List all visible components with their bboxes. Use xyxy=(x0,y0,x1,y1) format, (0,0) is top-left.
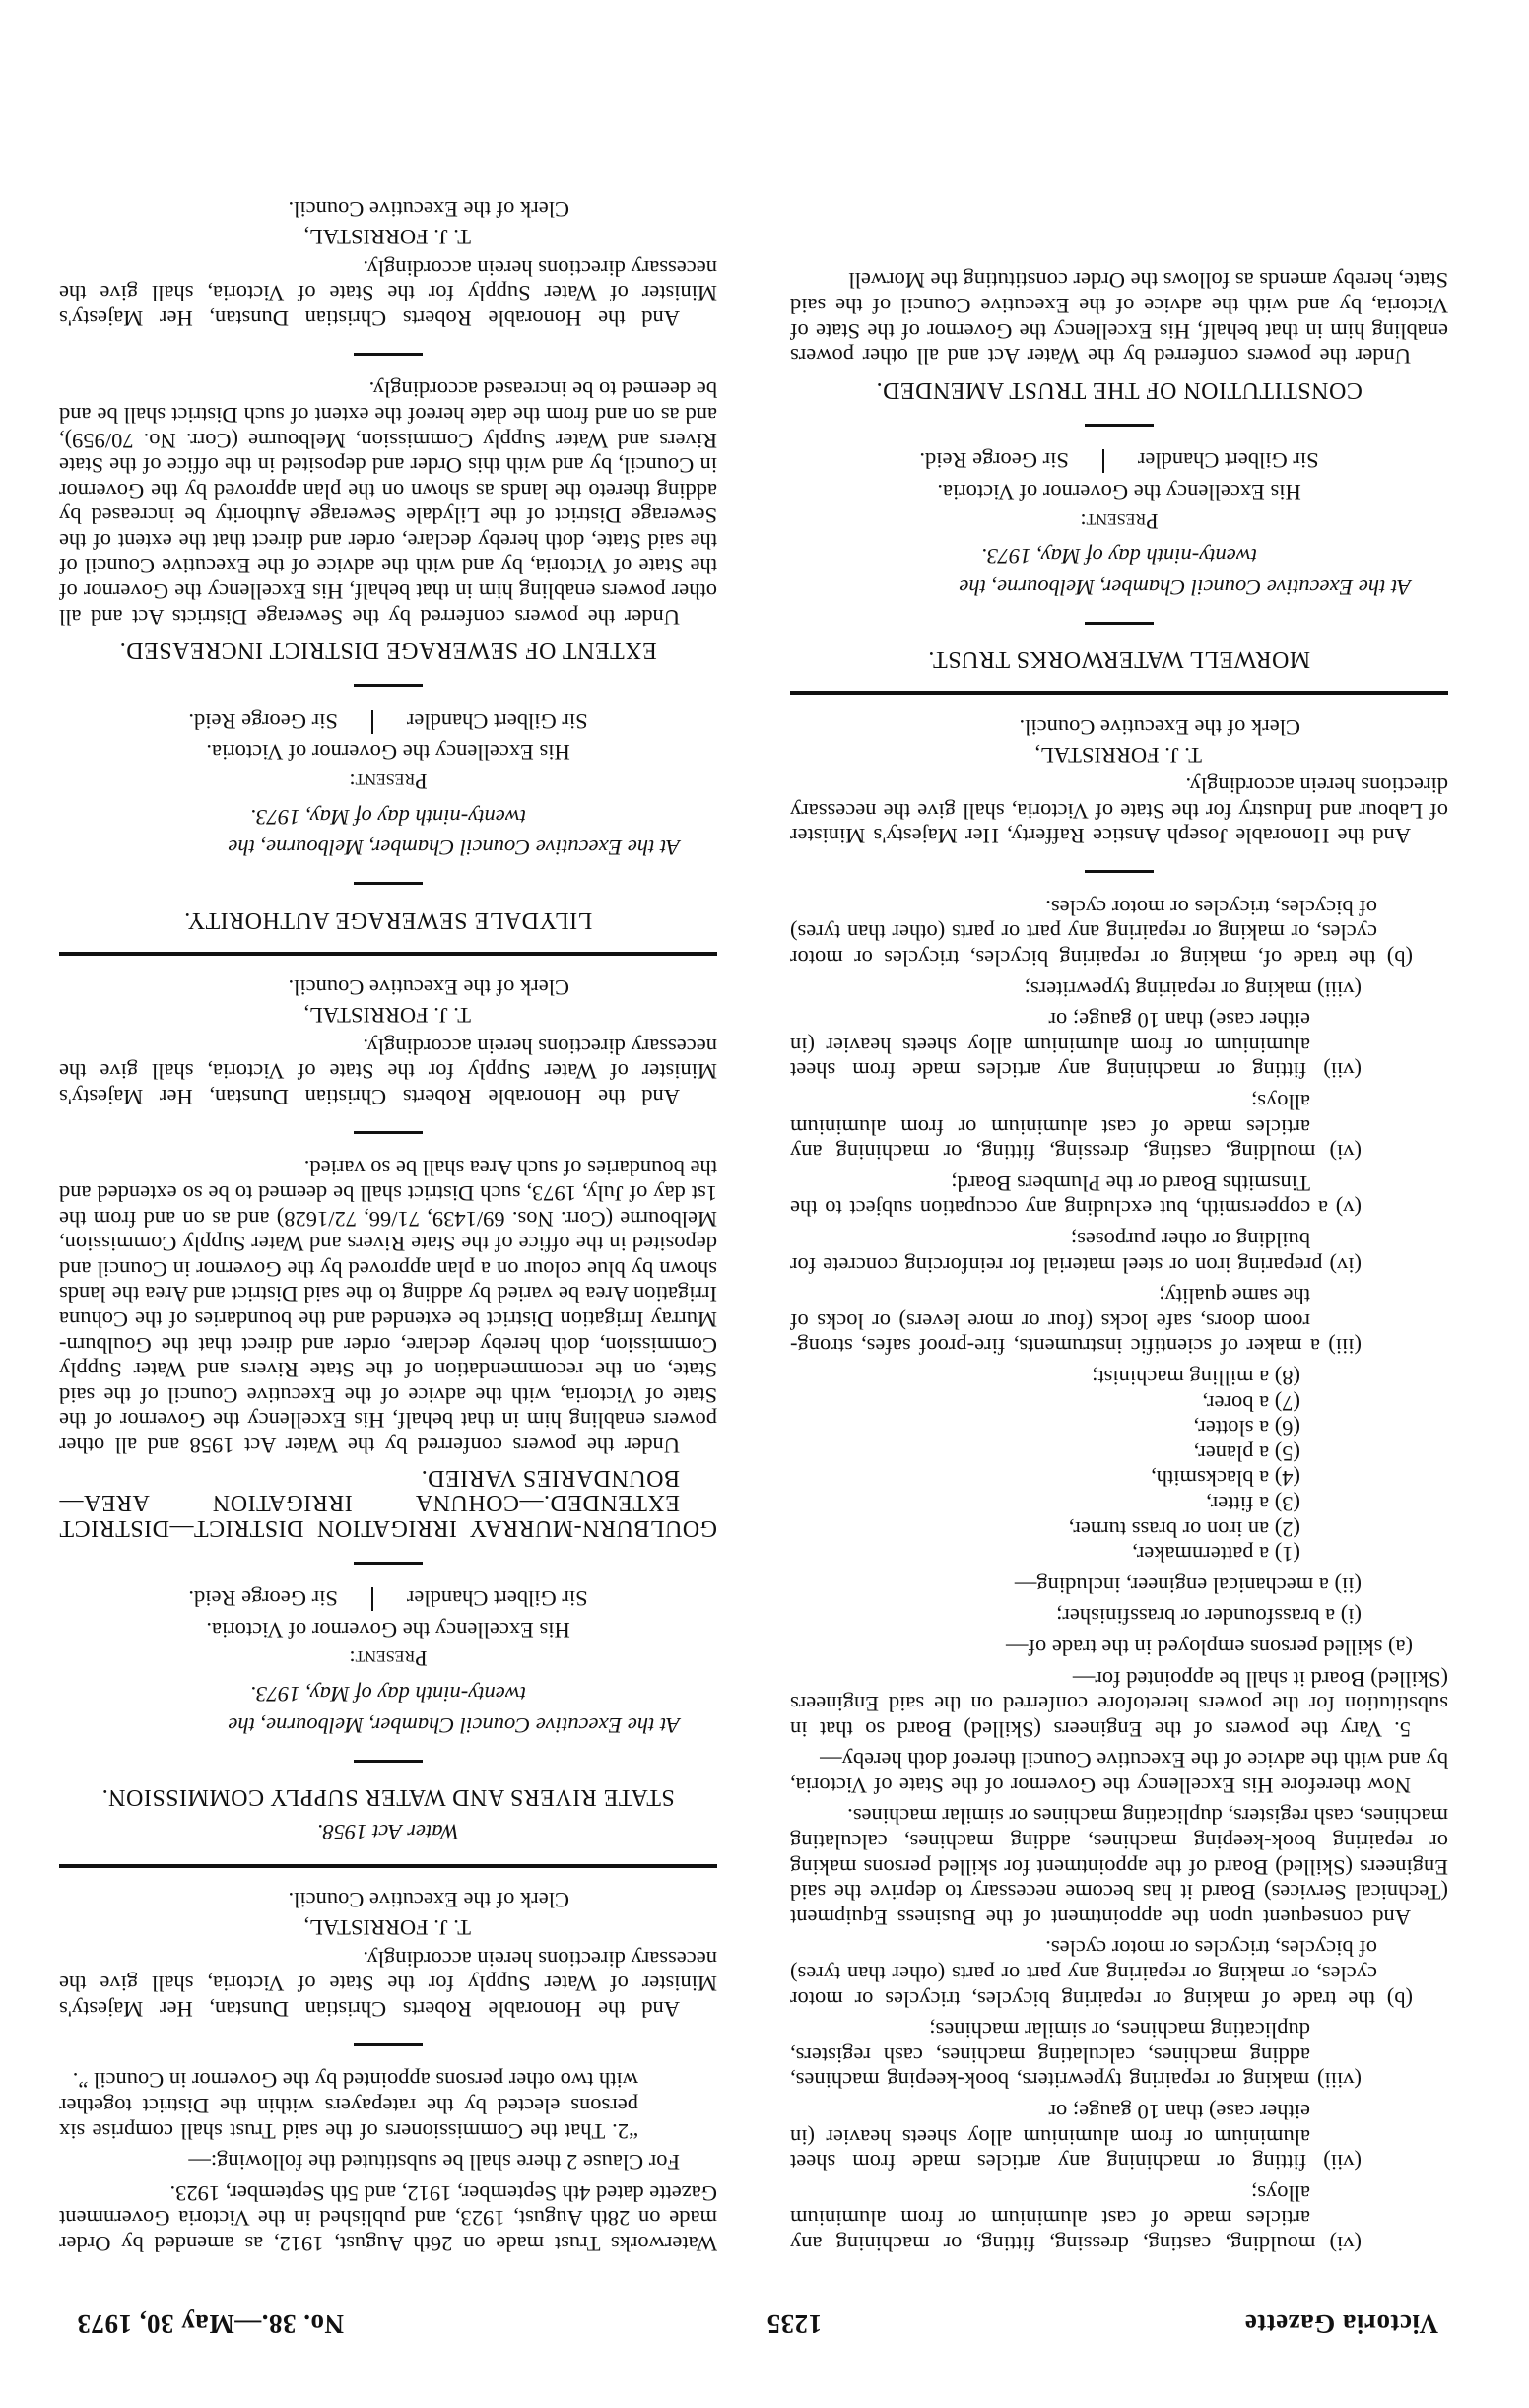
section-divider xyxy=(790,691,1448,695)
council-line: At the Executive Council Chamber, Melbou… xyxy=(59,836,717,861)
signature-title: Clerk of the Executive Council. xyxy=(790,714,1448,740)
subheading-sewerage: EXTENT OF SEWERAGE DISTRICT INCREASED. xyxy=(59,637,717,663)
left-column: (vi) moulding, casting, dressing, fittin… xyxy=(790,193,1448,2256)
subheading-constitution: CONSTITUTION OF THE TRUST AMENDED. xyxy=(790,376,1448,402)
item-label: (viii) xyxy=(1317,977,1362,1002)
sewerage-body: Under the powers conferred by the Sewera… xyxy=(59,377,717,630)
council-members: Sir Gilbert Chandler Sir George Reid. xyxy=(59,708,717,734)
divider xyxy=(1085,622,1154,625)
item-label: (v) xyxy=(1336,1196,1362,1221)
num-label: (7) xyxy=(1275,1391,1300,1416)
num-label: (8) xyxy=(1275,1366,1300,1390)
council-members: Sir Gilbert Chandler Sir George Reid. xyxy=(790,448,1448,474)
council-date: twenty-ninth day of May, 1973. xyxy=(790,544,1448,569)
signature-name: T. J. FORRISTAL, xyxy=(59,1914,717,1940)
item-label: (b) xyxy=(1387,1987,1413,2012)
item-label: (b) xyxy=(1387,946,1413,970)
signature-title: Clerk of the Executive Council. xyxy=(59,975,717,1001)
divider xyxy=(354,1562,423,1565)
minister-paragraph: And the Honorable Joseph Anstice Raffert… xyxy=(790,773,1448,849)
section-heading-morwell: MORWELL WATERWORKS TRUST. xyxy=(790,646,1448,672)
section-heading-lilydale: LILYDALE SEWERAGE AUTHORITY. xyxy=(59,906,717,932)
masthead: Victoria Gazette xyxy=(1244,2308,1438,2339)
item-text: the trade of making or repairing bicycle… xyxy=(790,1936,1377,2011)
divider xyxy=(354,684,423,687)
council-line: At the Executive Council Chamber, Melbou… xyxy=(59,1712,717,1738)
item-label: (vii) xyxy=(1323,2150,1362,2174)
minister-paragraph: And the Honorable Roberts Christian Duns… xyxy=(59,1034,717,1109)
member-name: Sir Gilbert Chandler xyxy=(407,1586,588,1612)
member-name: Sir George Reid. xyxy=(188,1586,337,1612)
item-text: moulding, casting, dressing, fitting, or… xyxy=(790,2181,1315,2256)
council-date: twenty-ninth day of May, 1973. xyxy=(59,804,717,830)
divider xyxy=(354,1131,423,1134)
num-label: (2) xyxy=(1275,1517,1300,1542)
governor-line: His Excellency the Governor of Victoria. xyxy=(59,740,717,766)
signature-name: T. J. FORRISTAL, xyxy=(59,224,717,249)
consequent-paragraph: And consequent upon the appointment of t… xyxy=(790,1804,1448,1930)
subheading-goulburn-murray: GOULBURN-MURRAY IRRIGATION DISTRICT—DIST… xyxy=(59,1464,717,1540)
section-divider xyxy=(59,1864,717,1868)
clause-intro: For Clause 2 there shall be substituted … xyxy=(59,2150,717,2175)
item-label: (viii) xyxy=(1317,2068,1362,2093)
num-text: a fitter, xyxy=(1206,1492,1269,1516)
member-separator xyxy=(371,710,373,734)
num-label: (6) xyxy=(1275,1416,1300,1440)
gazette-page: Victoria Gazette 1235 No. 38.—May 30, 19… xyxy=(0,0,1529,2408)
item-text: a mechanical engineer, including— xyxy=(1015,1573,1329,1598)
numbered-list: (1) a patternmaker, (2) an iron or brass… xyxy=(790,1365,1448,1567)
item-text: preparing iron or steel material for rei… xyxy=(790,1228,1323,1278)
item-text: a coppersmith, but excluding any occupat… xyxy=(790,1171,1328,1222)
num-label: (5) xyxy=(1275,1441,1300,1466)
signature-name: T. J. FORRISTAL, xyxy=(59,1002,717,1028)
num-text: a patternmaker, xyxy=(1132,1542,1269,1567)
member-name: Sir Gilbert Chandler xyxy=(1138,448,1319,474)
governor-line: His Excellency the Governor of Victoria. xyxy=(790,479,1448,504)
council-date: twenty-ninth day of May, 1973. xyxy=(59,1682,717,1707)
item-label: (vi) xyxy=(1330,1140,1363,1165)
item-label: (iv) xyxy=(1330,1253,1363,1278)
issue-date: No. 38.—May 30, 1973 xyxy=(77,2308,344,2339)
item-label: (vi) xyxy=(1330,2232,1363,2256)
item-text: making or repairing typewriters, book-ke… xyxy=(790,2018,1310,2093)
right-column: Waterworks Trust made on 26th August, 19… xyxy=(59,193,717,2256)
member-name: Sir Gilbert Chandler xyxy=(407,708,588,734)
item-text: a maker of scientific instruments, fire-… xyxy=(790,1284,1320,1359)
signature-title: Clerk of the Executive Council. xyxy=(59,197,717,223)
item-label: (a) xyxy=(1388,1636,1413,1660)
num-text: a milling machinist; xyxy=(1092,1366,1269,1390)
page-header: Victoria Gazette 1235 No. 38.—May 30, 19… xyxy=(59,2280,1448,2339)
num-text: a planer, xyxy=(1194,1441,1270,1466)
signature-title: Clerk of the Executive Council. xyxy=(59,1888,717,1913)
governor-line: His Excellency the Governor of Victoria. xyxy=(59,1617,717,1642)
item-text: skilled persons employed in the trade of… xyxy=(1006,1636,1382,1660)
continuation-paragraph: Waterworks Trust made on 26th August, 19… xyxy=(59,2180,717,2256)
member-separator xyxy=(371,1587,373,1611)
item-label: (i) xyxy=(1341,1604,1362,1629)
page-number: 1235 xyxy=(766,2308,822,2339)
num-label: (4) xyxy=(1275,1466,1300,1491)
clause-text: “2. That the Commissioners of the said T… xyxy=(59,2068,717,2144)
num-text: a borer, xyxy=(1202,1391,1269,1416)
present-label: Present: xyxy=(59,769,717,794)
present-label: Present: xyxy=(59,1646,717,1672)
num-label: (1) xyxy=(1275,1542,1300,1567)
member-name: Sir George Reid. xyxy=(919,448,1068,474)
goulburn-murray-body: Under the powers conferred by the Water … xyxy=(59,1156,717,1458)
item-text: the trade of, making or repairing bicycl… xyxy=(790,896,1377,970)
divider xyxy=(1085,870,1154,873)
divider xyxy=(354,2043,423,2046)
item-label: (vii) xyxy=(1323,1058,1362,1083)
now-therefore-paragraph: Now therefore His Excellency the Governo… xyxy=(790,1748,1448,1798)
present-label: Present: xyxy=(790,508,1448,534)
item-label: (iii) xyxy=(1328,1334,1362,1359)
item-text: moulding, casting, dressing, fitting, or… xyxy=(790,1090,1315,1165)
num-text: an iron or brass turner, xyxy=(1069,1517,1269,1542)
vary-paragraph: 5. Vary the powers of the Engineers (Ski… xyxy=(790,1666,1448,1742)
divider xyxy=(354,1760,423,1763)
item-text: a brassfounder or brassfinisher; xyxy=(1056,1604,1335,1629)
item-text: fitting or machining any articles made f… xyxy=(790,1008,1310,1083)
council-line: At the Executive Council Chamber, Melbou… xyxy=(790,574,1448,600)
num-label: (3) xyxy=(1275,1492,1300,1516)
signature-name: T. J. FORRISTAL, xyxy=(790,742,1448,768)
member-separator xyxy=(1102,449,1104,473)
item-text: fitting or machining any articles made f… xyxy=(790,2100,1310,2174)
minister-paragraph: And the Honorable Roberts Christian Duns… xyxy=(59,255,717,331)
divider xyxy=(354,882,423,885)
member-name: Sir George Reid. xyxy=(188,708,337,734)
divider xyxy=(354,353,423,356)
num-text: a slotter, xyxy=(1194,1416,1270,1440)
num-text: a blacksmith, xyxy=(1151,1466,1269,1491)
act-title: Water Act 1958. xyxy=(59,1819,717,1844)
section-divider xyxy=(59,952,717,956)
council-members: Sir Gilbert Chandler Sir George Reid. xyxy=(59,1586,717,1612)
constitution-body: Under the powers conferred by the Water … xyxy=(790,268,1448,368)
divider xyxy=(1085,424,1154,427)
item-text: making or repairing typewriters; xyxy=(1025,977,1312,1002)
item-label: (ii) xyxy=(1335,1573,1363,1598)
section-heading-srwsc: STATE RIVERS AND WATER SUPPLY COMMISSION… xyxy=(59,1784,717,1810)
minister-paragraph: And the Honorable Roberts Christian Duns… xyxy=(59,1946,717,2022)
